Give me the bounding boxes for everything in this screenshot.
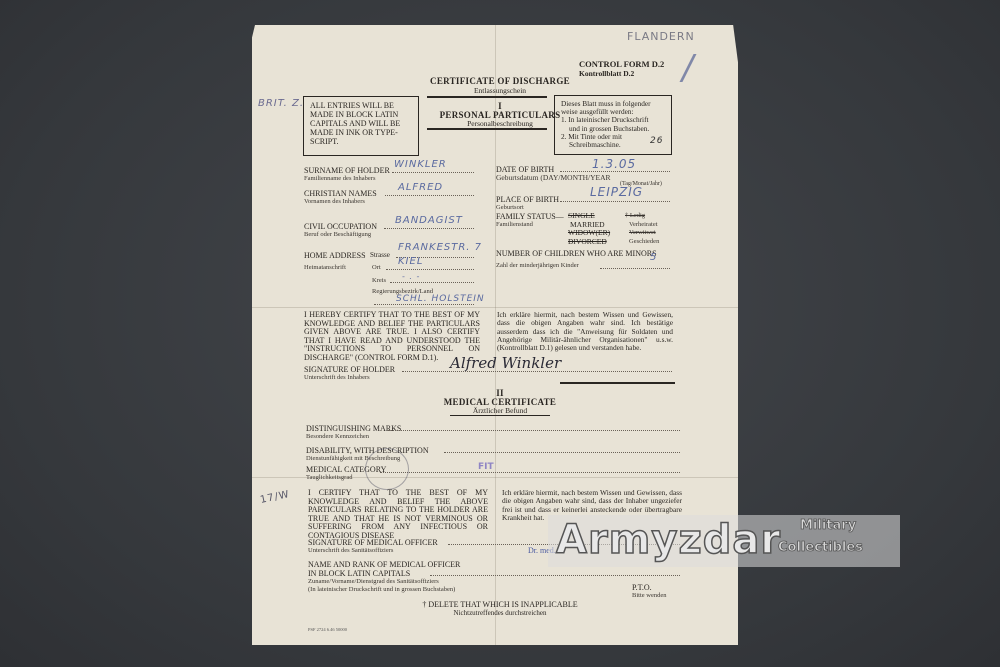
dob-value: 1.3.05 — [592, 157, 636, 171]
watermark-line2: Collectibles — [778, 540, 863, 555]
dotted-line — [444, 452, 680, 453]
pencil-note-flandern: FLANDERN — [627, 30, 695, 43]
children-label-de: Zahl der minderjährigen Kinder — [496, 262, 579, 269]
pob-value: LEIPZIG — [590, 185, 643, 199]
dotted-line — [388, 430, 680, 431]
disability-label: DISABILITY, WITH DESCRIPTION — [306, 446, 429, 455]
instruction-line: MADE IN BLOCK LATIN — [310, 110, 412, 119]
medical-officer-signature-label: SIGNATURE OF MEDICAL OFFICER — [308, 538, 438, 547]
medical-officer-signature-label-de: Unterschrift des Sanitätsoffiziers — [308, 547, 393, 554]
holder-signature-label: SIGNATURE OF HOLDER — [304, 365, 395, 374]
divider — [427, 128, 547, 130]
delete-note: † DELETE THAT WHICH IS INAPPLICABLE — [350, 600, 650, 609]
instruction-line: SCRIPT. — [310, 137, 412, 146]
dotted-line — [390, 282, 474, 283]
delete-note-de: Nichtzutreffendes durchstreichen — [350, 609, 650, 617]
children-value: 5 — [650, 252, 657, 263]
strasse-value: FRANKESTR. 7 — [398, 242, 482, 253]
box-number: 26 — [650, 136, 663, 146]
medical-officer-name-label-de: Zuname/Vorname/Dienstgrad des Sanitätsof… — [308, 578, 439, 585]
watermark-line1: Military — [800, 518, 856, 533]
pto-label: P.T.O. — [632, 583, 652, 592]
family-status-label-de: Familienstand — [496, 221, 533, 228]
dotted-line — [374, 304, 474, 305]
surname-label: SURNAME OF HOLDER — [304, 166, 390, 175]
occupation-label: CIVIL OCCUPATION — [304, 222, 377, 231]
medical-officer-name-label-de-2: (In lateinischer Druckschrift und in gro… — [308, 586, 455, 593]
dotted-line — [380, 472, 680, 473]
document-title-de: Entlassungschein — [415, 86, 585, 95]
dotted-line — [385, 195, 474, 196]
holder-signature: Alfred Winkler — [450, 354, 561, 372]
occupation-value: BANDAGIST — [395, 215, 463, 226]
dotted-line — [386, 269, 474, 270]
medical-officer-name-label: NAME AND RANK OF MEDICAL OFFICER — [308, 560, 460, 569]
control-form-de: Kontrollblatt D.2 — [579, 69, 634, 78]
ort-label: Ort — [372, 264, 381, 271]
dotted-line — [560, 171, 670, 172]
instruction-line: ALL ENTRIES WILL BE — [310, 101, 412, 110]
medical-officer-name-label-2: IN BLOCK LATIN CAPITALS — [308, 569, 410, 578]
divider — [560, 382, 675, 384]
dotted-line — [600, 268, 670, 269]
print-code: PSF 2724 6.46 50000 — [308, 627, 347, 632]
section2-title-de: Ärztlicher Befund — [415, 406, 585, 415]
holder-certification-de: Ich erkläre hiermit, nach bestem Wissen … — [497, 311, 673, 352]
surname-label-de: Familienname des Inhabers — [304, 175, 375, 182]
dotted-line — [384, 228, 474, 229]
land-value: SCHL. HOLSTEIN — [396, 294, 485, 304]
pob-label: PLACE OF BIRTH — [496, 195, 559, 204]
christian-names-label: CHRISTIAN NAMES — [304, 189, 377, 198]
christian-names-label-de: Vornamen des Inhabers — [304, 198, 365, 205]
kreis-label: Kreis — [372, 277, 386, 284]
holder-signature-label-de: Unterschrift des Inhabers — [304, 374, 370, 381]
option-verheiratet: Verheiratet — [625, 221, 659, 230]
pencil-note-brit-z: BRIT. Z. — [258, 98, 304, 109]
home-address-label-de: Heimatanschrift — [304, 264, 346, 271]
dotted-line — [392, 172, 474, 173]
pencil-mark: / — [682, 48, 694, 88]
watermark-brand: Armyzdar — [556, 517, 781, 563]
divider — [450, 415, 550, 416]
pto-label-de: Bitte wenden — [632, 592, 666, 599]
ort-value: KIEL — [398, 256, 423, 267]
option-divorced: DIVORCED — [568, 238, 610, 247]
document-title: CERTIFICATE OF DISCHARGE — [415, 76, 585, 86]
option-verwitwet: Verwitwet — [625, 229, 659, 238]
distinguishing-marks-label-de: Besondere Kennzeichen — [306, 433, 369, 440]
option-geschieden: Geschieden — [625, 238, 659, 247]
family-status-label: FAMILY STATUS— — [496, 212, 564, 221]
divider — [427, 96, 547, 98]
medical-category-stamp: FIT — [478, 462, 494, 472]
home-address-label: HOME ADDRESS — [304, 251, 366, 260]
official-stamp — [365, 448, 409, 490]
family-status-options-de: † Ledig Verheiratet Verwitwet Geschieden — [625, 212, 659, 246]
medical-certification-en: I CERTIFY THAT TO THE BEST OF MY KNOWLED… — [308, 489, 488, 540]
instruction-line: CAPITALS AND WILL BE — [310, 119, 412, 128]
occupation-label-de: Beruf oder Beschäftigung — [304, 231, 371, 238]
distinguishing-marks-label: DISTINGUISHING MARKS — [306, 424, 401, 433]
instruction-line: MADE IN INK OR TYPE- — [310, 128, 412, 137]
medical-category-label-de: Tauglichkeitsgrad — [306, 474, 352, 481]
instructions-box-en: ALL ENTRIES WILL BE MADE IN BLOCK LATIN … — [303, 96, 419, 156]
option-ledig: † Ledig — [625, 212, 659, 221]
pob-label-de: Geburtsort — [496, 204, 524, 211]
instructions-box-de: Dieses Blatt muss in folgender weise aus… — [554, 95, 672, 155]
christian-names-value: ALFRED — [398, 182, 443, 193]
family-status-options: SINGLE MARRIED WIDOW(ER) DIVORCED — [568, 212, 610, 246]
control-form: CONTROL FORM D.2 — [579, 59, 664, 69]
surname-value: WINKLER — [394, 159, 447, 170]
dotted-line — [560, 201, 670, 202]
dob-label-de: Geburtsdatum (DAY/MONTH/YEAR — [496, 174, 611, 181]
kreis-value: - . - — [402, 272, 420, 281]
children-label: NUMBER OF CHILDREN WHO ARE MINORS — [496, 249, 657, 258]
dotted-line — [430, 575, 680, 576]
strasse-label: Strasse — [370, 251, 390, 260]
